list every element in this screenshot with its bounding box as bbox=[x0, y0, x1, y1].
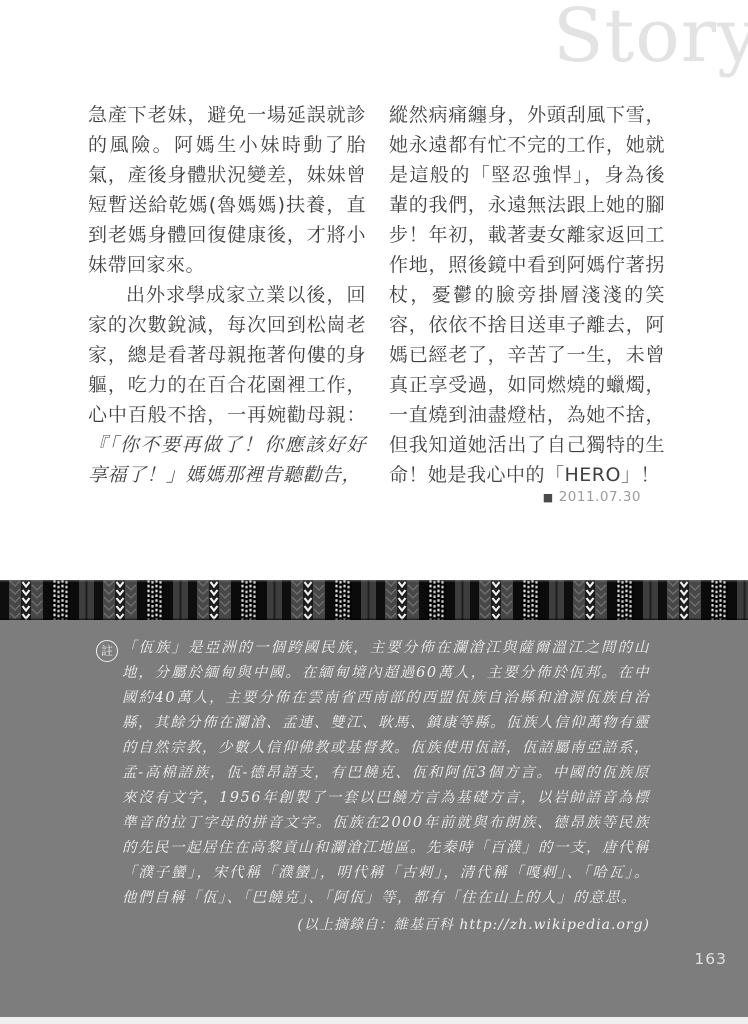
left-paragraph-2-quote: 『「你不要再做了！你應該好好享福了！」媽媽那裡肯聽勸告， bbox=[88, 434, 366, 486]
woven-pattern-graphic bbox=[0, 580, 748, 620]
magazine-page: Story 急產下老妹，避免一場延誤就診的風險。阿媽生小妹時動了胎氣，產後身體狀… bbox=[0, 0, 748, 1024]
note-box: 註 「佤族」是亞洲的一個跨國民族，主要分佈在瀾滄江與薩爾溫江之間的山地，分屬於緬… bbox=[0, 620, 748, 1017]
right-paragraph: 縱然病痛纏身，外頭刮風下雪，她永遠都有忙不完的工作，她就是這般的「堅忍強悍」，身… bbox=[389, 100, 665, 490]
note-source: (以上摘錄自：維基百科 http://zh.wikipedia.org) bbox=[122, 914, 650, 934]
square-bullet-icon: ■ bbox=[543, 491, 554, 504]
note-badge-icon: 註 bbox=[96, 640, 118, 662]
page-number: 163 bbox=[694, 950, 727, 968]
woven-textile-band bbox=[0, 580, 748, 620]
left-paragraph-1: 急產下老妹，避免一場延誤就診的風險。阿媽生小妹時動了胎氣，產後身體狀況變差，妹妹… bbox=[88, 100, 366, 280]
article-right-column: 縱然病痛纏身，外頭刮風下雪，她永遠都有忙不完的工作，她就是這般的「堅忍強悍」，身… bbox=[389, 100, 665, 505]
left-paragraph-2-lead: 出外求學成家立業以後，回家的次數銳減，每次回到松崗老家，總是看著母親拖著佝僂的身… bbox=[88, 284, 366, 426]
date-text: 2011.07.30 bbox=[559, 489, 641, 505]
bottom-page-edge bbox=[0, 1017, 748, 1024]
story-watermark: Story bbox=[553, 0, 748, 76]
left-paragraph-2: 出外求學成家立業以後，回家的次數銳減，每次回到松崗老家，總是看著母親拖著佝僂的身… bbox=[88, 280, 366, 490]
note-text: 「佤族」是亞洲的一個跨國民族，主要分佈在瀾滄江與薩爾溫江之間的山地，分屬於緬甸與… bbox=[122, 636, 650, 911]
article-left-column: 急產下老妹，避免一場延誤就診的風險。阿媽生小妹時動了胎氣，產後身體狀況變差，妹妹… bbox=[88, 100, 366, 490]
dateline: ■2011.07.30 bbox=[389, 490, 665, 505]
